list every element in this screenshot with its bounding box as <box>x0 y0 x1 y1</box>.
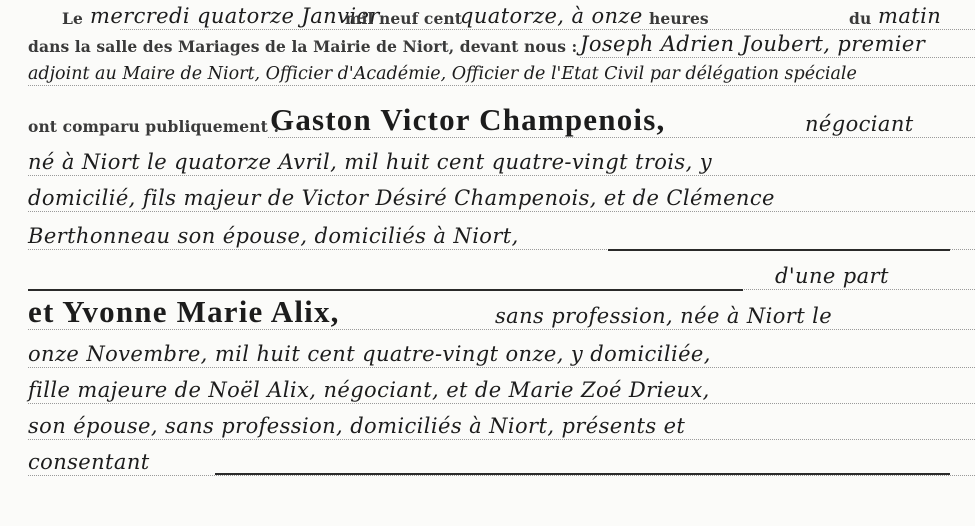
handwritten-year-hour: quatorze, à onze <box>460 4 643 28</box>
handwritten-date: mercredi quatorze Janvier <box>90 4 380 28</box>
handwritten-bride-name: et Yvonne Marie Alix, <box>28 294 340 330</box>
fill-line <box>215 473 950 475</box>
handwritten-groom-name: Gaston Victor Champenois, <box>270 102 665 138</box>
handwritten-bride-birth: sans profession, née à Niort le <box>495 304 832 328</box>
record-line-5: né à Niort le quatorze Avril, mil huit c… <box>0 148 975 182</box>
fill-line <box>608 249 950 251</box>
printed-text: mil neuf cent <box>345 9 462 28</box>
record-line-12: son épouse, sans profession, domiciliés … <box>0 412 975 446</box>
handwritten-first-party: d'une part <box>775 264 889 288</box>
record-line-10: onze Novembre, mil huit cent quatre-ving… <box>0 340 975 374</box>
printed-text: du <box>849 9 871 28</box>
record-line-11: fille majeure de Noël Alix, négociant, e… <box>0 376 975 410</box>
record-line-4: ont comparu publiquement : Gaston Victor… <box>0 100 975 144</box>
record-line-7: Berthonneau son épouse, domiciliés à Nio… <box>0 222 975 256</box>
handwritten-groom-parents: domicilié, fils majeur de Victor Désiré … <box>28 186 775 210</box>
fill-line <box>28 289 743 291</box>
handwritten-officer-name: Joseph Adrien Joubert, premier <box>580 32 925 56</box>
handwritten-groom-birth: né à Niort le quatorze Avril, mil huit c… <box>28 150 712 174</box>
handwritten-bride-residence: son épouse, sans profession, domiciliés … <box>28 414 685 438</box>
handwritten-officer-title: adjoint au Maire de Niort, Officier d'Ac… <box>28 64 857 84</box>
printed-text: heures <box>649 9 709 28</box>
record-line-8: d'une part <box>0 262 975 296</box>
handwritten-bride-parents: fille majeure de Noël Alix, négociant, e… <box>28 378 710 402</box>
record-line-6: domicilié, fils majeur de Victor Désiré … <box>0 184 975 218</box>
printed-text: Le <box>62 9 83 28</box>
handwritten-consent: consentant <box>28 450 150 474</box>
handwritten-groom-residence: Berthonneau son épouse, domiciliés à Nio… <box>28 224 519 248</box>
printed-text: dans la salle des Mariages de la Mairie … <box>28 37 577 56</box>
handwritten-time-of-day: matin <box>878 4 941 28</box>
record-line-13: consentant <box>0 448 975 482</box>
printed-text: ont comparu publiquement : <box>28 117 279 136</box>
handwritten-groom-profession: négociant <box>805 112 914 136</box>
record-line-3: adjoint au Maire de Niort, Officier d'Ac… <box>0 58 975 92</box>
marriage-record-page: Le mercredi quatorze Janvier mil neuf ce… <box>0 0 975 526</box>
handwritten-bride-birthdate: onze Novembre, mil huit cent quatre-ving… <box>28 342 711 366</box>
record-line-9: et Yvonne Marie Alix, sans profession, n… <box>0 292 975 336</box>
